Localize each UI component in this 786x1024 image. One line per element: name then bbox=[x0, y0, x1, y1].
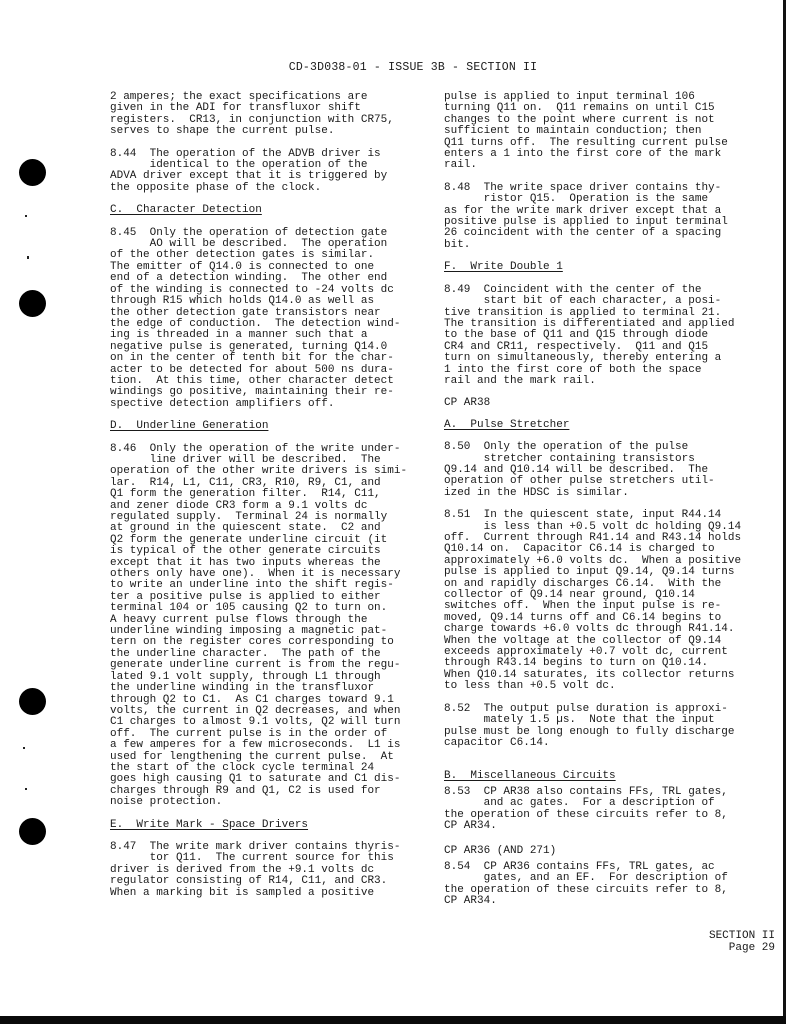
right-column: pulse is applied to input terminal 106 t… bbox=[444, 92, 774, 918]
heading-misc-circuits: B. Miscellaneous Circuits bbox=[444, 771, 774, 782]
card-heading-cp-ar36: CP AR36 (AND 271) bbox=[444, 846, 774, 857]
scan-speck bbox=[23, 747, 25, 749]
paragraph-8-48: 8.48 The write space driver contains thy… bbox=[444, 183, 774, 251]
paragraph-8-52: 8.52 The output pulse duration is approx… bbox=[444, 704, 774, 750]
paragraph-continued: pulse is applied to input terminal 106 t… bbox=[444, 92, 774, 172]
binder-hole-icon bbox=[19, 159, 46, 186]
paragraph-8-51: 8.51 In the quiescent state, input R44.1… bbox=[444, 510, 774, 693]
heading-text: C. Character Detection bbox=[110, 204, 262, 216]
paragraph-continued: 2 amperes; the exact specifications are … bbox=[110, 92, 430, 138]
heading-text: E. Write Mark - Space Drivers bbox=[110, 819, 308, 831]
card-heading-cp-ar38: CP AR38 bbox=[444, 398, 774, 409]
paragraph-8-49: 8.49 Coincident with the center of the s… bbox=[444, 285, 774, 388]
heading-text: B. Miscellaneous Circuits bbox=[444, 770, 616, 782]
heading-text: A. Pulse Stretcher bbox=[444, 419, 569, 431]
heading-character-detection: C. Character Detection bbox=[110, 205, 430, 216]
footer-page-number: Page 29 bbox=[560, 942, 775, 954]
footer-section: SECTION II bbox=[560, 930, 775, 942]
binder-hole-icon bbox=[19, 290, 46, 317]
scan-edge-bottom bbox=[0, 1016, 786, 1024]
heading-text: D. Underline Generation bbox=[110, 420, 268, 432]
paragraph-8-53: 8.53 CP AR38 also contains FFs, TRL gate… bbox=[444, 787, 774, 833]
paragraph-8-54: 8.54 CP AR36 contains FFs, TRL gates, ac… bbox=[444, 862, 774, 908]
heading-write-double-1: F. Write Double 1 bbox=[444, 262, 774, 273]
paragraph-8-50: 8.50 Only the operation of the pulse str… bbox=[444, 442, 774, 499]
left-column: 2 amperes; the exact specifications are … bbox=[110, 92, 430, 910]
heading-underline-generation: D. Underline Generation bbox=[110, 421, 430, 432]
heading-pulse-stretcher: A. Pulse Stretcher bbox=[444, 420, 774, 431]
heading-text: F. Write Double 1 bbox=[444, 261, 563, 273]
paragraph-8-47: 8.47 The write mark driver contains thyr… bbox=[110, 842, 430, 899]
scan-speck bbox=[25, 788, 27, 790]
page-footer: SECTION IIPage 29 bbox=[560, 930, 775, 954]
page-header: CD-3D038-01 - ISSUE 3B - SECTION II bbox=[0, 61, 786, 74]
paragraph-8-46: 8.46 Only the operation of the write und… bbox=[110, 444, 430, 809]
paragraph-8-44: 8.44 The operation of the ADVB driver is… bbox=[110, 149, 430, 195]
binder-hole-icon bbox=[19, 688, 46, 715]
paragraph-8-45: 8.45 Only the operation of detection gat… bbox=[110, 228, 430, 411]
scan-speck bbox=[27, 256, 29, 259]
scan-speck bbox=[25, 215, 27, 217]
binder-hole-icon bbox=[19, 818, 46, 845]
heading-write-mark-space: E. Write Mark - Space Drivers bbox=[110, 820, 430, 831]
